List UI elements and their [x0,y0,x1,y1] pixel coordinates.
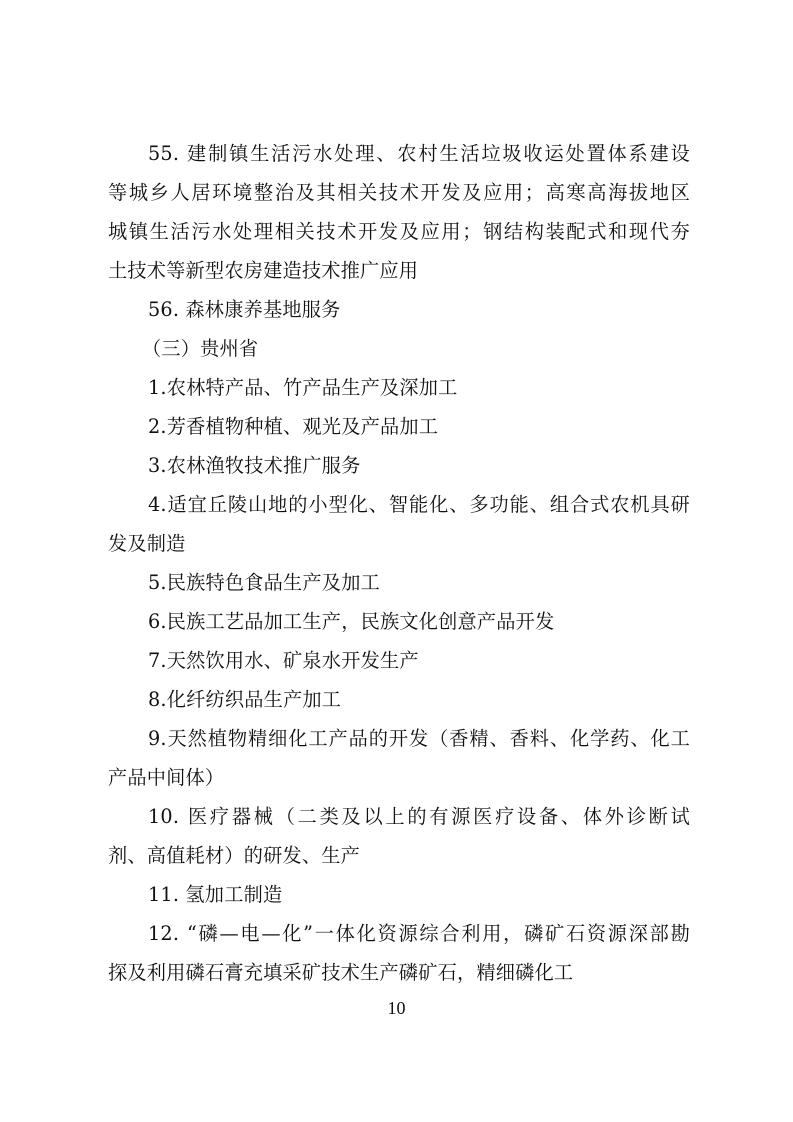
list-item-continuation: 发及制造 [108,524,690,563]
list-item: 8.化纤纺织品生产加工 [148,680,690,719]
paragraph-line: 55. 建制镇生活污水处理、农村生活垃圾收运处置体系建设 [148,134,690,173]
paragraph-line: 等城乡人居环境整治及其相关技术开发及应用；高寒高海拔地区 [108,173,690,212]
page-number: 10 [0,998,793,1019]
list-item-continuation: 探及利用磷石膏充填采矿技术生产磷矿石，精细磷化工 [108,953,690,992]
list-item: 6.民族工艺品加工生产，民族文化创意产品开发 [148,602,690,641]
section-heading: （三）贵州省 [142,329,684,368]
paragraph-line: 城镇生活污水处理相关技术开发及应用；钢结构装配式和现代夯 [108,212,690,251]
list-item-continuation: 剂、高值耗材）的研发、生产 [108,836,690,875]
list-item: 4.适宜丘陵山地的小型化、智能化、多功能、组合式农机具研 [148,485,690,524]
list-item: 11. 氢加工制造 [148,875,690,914]
paragraph-line: 56. 森林康养基地服务 [148,290,690,329]
list-item: 5.民族特色食品生产及加工 [148,563,690,602]
list-item: 1.农林特产品、竹产品生产及深加工 [148,368,690,407]
document-page: 55. 建制镇生活污水处理、农村生活垃圾收运处置体系建设 等城乡人居环境整治及其… [0,0,793,1122]
list-item-continuation: 产品中间体） [108,758,690,797]
list-item: 7.天然饮用水、矿泉水开发生产 [148,641,690,680]
list-item: 12. “磷—电—化”一体化资源综合利用，磷矿石资源深部勘 [148,914,690,953]
list-item: 2.芳香植物种植、观光及产品加工 [148,407,690,446]
list-item: 9.天然植物精细化工产品的开发（香精、香料、化学药、化工 [148,719,690,758]
list-item: 10. 医疗器械（二类及以上的有源医疗设备、体外诊断试 [148,797,690,836]
paragraph-line: 土技术等新型农房建造技术推广应用 [108,251,690,290]
list-item: 3.农林渔牧技术推广服务 [148,446,690,485]
